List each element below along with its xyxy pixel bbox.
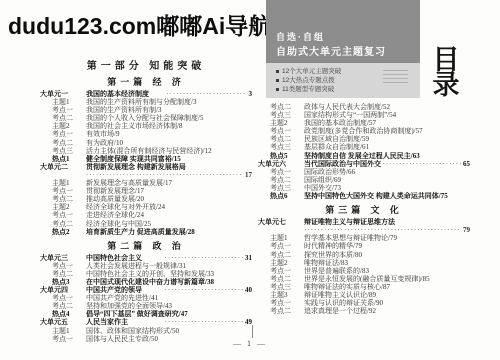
page-ref: 31 (245, 254, 252, 262)
dot-leader (165, 318, 244, 326)
toc-unit-row: 大单元一我国的基本经济制度3 (40, 90, 252, 98)
toc-entry-row: 主题3辩证唯物主义认识论/89 (258, 291, 470, 299)
entry-text: 在中国式现代化建设中奋力谱写新篇章/38 (86, 278, 252, 286)
toc-entry-row: 考点二世界是永恒发展的(融合质量互变规律)/85 (258, 275, 470, 283)
entry-label: 主题1 (40, 179, 86, 187)
toc-unit-row: 大单元六当代国际政治与中国外交65 (258, 160, 470, 168)
promo-bullet-text: 11类题型专题突破 (282, 85, 334, 94)
entry-label: 主题1 (40, 98, 86, 106)
entry-text: 有效市场/9 (86, 130, 252, 138)
promo-bullet-text: 12个大单元主题突破 (282, 67, 341, 76)
entry-label: 考点一 (258, 299, 304, 307)
toc-title: 目 录 (424, 48, 468, 98)
square-bullet-icon (276, 88, 279, 91)
toc-entry-row: 考点三基层群众自治制度/61 (258, 143, 470, 151)
unit-label: 大单元五 (40, 318, 86, 326)
entry-label: 考点二 (40, 139, 86, 147)
entry-text: 中国外交/73 (304, 184, 470, 192)
toc-entry-row: 考点二有为政府/10 (40, 139, 252, 147)
toc-entry-row: 考点二探究世界的本质/80 (258, 251, 470, 259)
toc-entry-row: 热点1健全制度保障 实现共同富裕/15 (40, 155, 252, 163)
dot-leader (86, 171, 243, 179)
section-heading: 第三篇 文 化 (258, 203, 470, 216)
unit-title: 中国共产党的领导 (86, 286, 165, 294)
unit-label: 大单元二 (40, 163, 86, 171)
toc-entry-row: 考点一实践与认识的辩证关系/90 (258, 299, 470, 307)
site-watermark: dudu123.com嘟嘟Ai导航 (8, 8, 271, 41)
entry-text: 新发展理念与高质量发展/17 (86, 179, 252, 187)
toc-unit-row: 大单元三中国特色社会主义31 (40, 254, 252, 262)
toc-unit-row: 大单元五人民当家作主49 (40, 318, 252, 326)
square-bullet-icon (276, 79, 279, 82)
toc-entry-row: 考点三国家结构形式与“一国两制”/54 (258, 111, 470, 119)
promo-bullet: 11类题型专题突破 (276, 85, 420, 94)
entry-text: 追求真理是一个过程/92 (304, 307, 470, 315)
page-ref: 40 (245, 286, 252, 294)
entry-text: 政体与人民代表大会制度/52 (304, 103, 470, 111)
entry-label: 主题1 (40, 327, 86, 335)
entry-text: 健全制度保障 实现共同富裕/15 (86, 155, 252, 163)
small-stamp-decoration (383, 70, 408, 83)
promo-bullet-text: 12大热点专题点拨 (282, 76, 335, 85)
square-bullet-icon (276, 70, 279, 73)
entry-text: 活力主体(混合所有制经济与民营经济)/12 (86, 147, 252, 155)
entry-label: 考点一 (258, 168, 304, 176)
entry-text: 经济全球化与中国/25 (86, 220, 252, 228)
toc-entry-row: 考点一世界是普遍联系的/83 (258, 267, 470, 275)
toc-entry-row: 考点一走进经济全球化/24 (40, 211, 252, 219)
entry-text: 实践与认识的辩证关系/90 (304, 299, 470, 307)
entry-label: 主题2 (258, 259, 304, 267)
column-divider (252, 325, 253, 338)
entry-label: 热点2 (40, 228, 86, 236)
toc-entry-row: 考点一贯彻新发展理念/17 (40, 187, 252, 195)
entry-label: 考点一 (40, 211, 86, 219)
unit-title: 我国的基本经济制度 (86, 90, 166, 98)
entry-label: 考点一 (258, 242, 304, 250)
entry-text: 我国的生产资料所有制与分配制度/3 (86, 98, 252, 106)
toc-entry-row: 热点3在中国式现代化建设中奋力谱写新篇章/38 (40, 278, 252, 286)
entry-text: 坚持制度自信 发展全过程人民民主/63 (304, 152, 470, 160)
entry-label: 考点二 (258, 176, 304, 184)
entry-text: 培育新质生产力 促进高质量发展/28 (86, 228, 252, 236)
toc-unit-row: 大单元二贯彻新发展理念 构建新发展格局 (40, 163, 252, 171)
toc-unit-row: 大单元四中国共产党的领导40 (40, 286, 252, 294)
unit-label: 大单元三 (40, 254, 86, 262)
toc-entry-row: 考点三中国外交/73 (258, 184, 470, 192)
entry-text: 时代精神的精华/79 (304, 242, 470, 250)
toc-entry-row: 主题1我国的生产资料所有制与分配制度/3 (40, 98, 252, 106)
entry-label: 考点二 (258, 307, 304, 315)
toc-column-right: 考点二政体与人民代表大会制度/52考点三国家结构形式与“一国两制”/54主题2我… (258, 103, 470, 315)
toc-entry-row: 考点二国际组织/69 (258, 176, 470, 184)
page-ref: 3 (249, 90, 253, 98)
unit-label: 大单元四 (40, 286, 86, 294)
toc-entry-row: 热点5坚持制度自信 发展全过程人民民主/63 (258, 152, 470, 160)
entry-label: 热点6 (258, 192, 304, 200)
promo-title-line2: 自助式大单元主题复习 (276, 43, 420, 58)
toc-entry-row: 考点一有效市场/9 (40, 130, 252, 138)
toc-entry-row: 热点2培育新质生产力 促进高质量发展/28 (40, 228, 252, 236)
entry-label: 考点二 (258, 103, 304, 111)
dot-leader (166, 90, 246, 98)
toc-entry-row: 考点二追求真理是一个过程/92 (258, 307, 470, 315)
page-ref: 65 (463, 160, 470, 168)
unit-label: 大单元七 (258, 218, 304, 226)
page-ref: 49 (245, 318, 252, 326)
entry-label: 主题3 (258, 291, 304, 299)
entry-label: 考点三 (258, 111, 304, 119)
entry-text: 国体、政体和国家结构形式/50 (86, 327, 252, 335)
entry-text: 唯物辩证法/83 (304, 259, 470, 267)
toc-entry-row: 热点4倡导“四下基层” 做好调查研究/47 (40, 310, 252, 318)
entry-label: 考点三 (258, 283, 304, 291)
toc-entry-row: 主题2唯物辩证法/83 (258, 259, 470, 267)
dot-leader (165, 254, 244, 262)
toc-entry-row: 考点一国际政治形势/66 (258, 168, 470, 176)
entry-label: 考点一 (40, 187, 86, 195)
toc-entry-row: 主题1新发展理念与高质量发展/17 (40, 179, 252, 187)
entry-text: 国家结构形式与“一国两制”/54 (304, 111, 470, 119)
dot-leader (383, 160, 462, 168)
toc-unit-leader-row: 17 (40, 171, 252, 179)
page-number: — 1 — (0, 339, 500, 348)
entry-text: 唯物辩证法的实质与核心/87 (304, 283, 470, 291)
entry-label: 热点5 (258, 152, 304, 160)
toc-entry-row: 考点二经济全球化与中国/25 (40, 220, 252, 228)
entry-label: 考点一 (40, 262, 86, 270)
unit-title: 人民当家作主 (86, 318, 165, 326)
entry-label: 考点三 (258, 143, 304, 151)
entry-label: 热点1 (40, 155, 86, 163)
entry-text: 世界是普遍联系的/83 (304, 267, 470, 275)
toc-entry-row: 考点二中国特色社会主义的开创、坚持和发展/33 (40, 270, 252, 278)
entry-text: 国际组织/69 (304, 176, 470, 184)
toc-entry-row: 考点三活力主体(混合所有制经济与民营经济)/12 (40, 147, 252, 155)
unit-title: 贯彻新发展理念 构建新发展格局 (86, 163, 252, 171)
page-ref: 17 (245, 171, 252, 179)
section-heading: 第二篇 政 治 (40, 239, 252, 252)
toc-unit-row: 大单元七辩证唯物主义与辩证思维方法 (258, 218, 470, 226)
entry-text: 人类社会发展进程与一般规律/31 (86, 262, 252, 270)
toc-entry-row: 考点三唯物辩证法的实质与核心/87 (258, 283, 470, 291)
entry-text: 中国特色社会主义的开创、坚持和发展/33 (86, 270, 252, 278)
entry-label: 热点3 (40, 278, 86, 286)
entry-text: 探究世界的本质/80 (304, 251, 470, 259)
entry-text: 有为政府/10 (86, 139, 252, 147)
unit-label: 大单元六 (258, 160, 304, 168)
toc-column-left: 第一部分 知能突破第一篇 经 济大单元一我国的基本经济制度3主题1我国的生产资料… (40, 56, 252, 343)
part-heading: 第一部分 知能突破 (40, 57, 252, 72)
toc-title-char: 录 (424, 73, 468, 98)
page-ref: 79 (463, 226, 470, 234)
entry-label: 考点一 (258, 267, 304, 275)
entry-text: 辩证唯物主义认识论/89 (304, 291, 470, 299)
toc-entry-row: 考点一时代精神的精华/79 (258, 242, 470, 250)
unit-title: 中国特色社会主义 (86, 254, 165, 262)
entry-label: 考点一 (40, 130, 86, 138)
unit-title: 当代国际政治与中国外交 (304, 160, 383, 168)
entry-text: 贯彻新发展理念/17 (86, 187, 252, 195)
entry-text: 基层群众自治制度/61 (304, 143, 470, 151)
entry-text: 走进经济全球化/24 (86, 211, 252, 219)
toc-entry-row: 考点二政体与人民代表大会制度/52 (258, 103, 470, 111)
entry-label: 考点二 (258, 251, 304, 259)
entry-label: 考点二 (258, 275, 304, 283)
promo-box-header: 自选·自组 自助式大单元主题复习 (266, 0, 420, 63)
entry-label: 考点二 (40, 220, 86, 228)
entry-text: 坚持中国特色大国外交 构建人类命运共同体/75 (304, 192, 470, 200)
entry-label: 考点二 (40, 270, 86, 278)
unit-title: 辩证唯物主义与辩证思维方法 (304, 218, 470, 226)
entry-text: 国际政治形势/66 (304, 168, 470, 176)
toc-entry-row: 考点一人类社会发展进程与一般规律/31 (40, 262, 252, 270)
entry-label: 考点三 (258, 184, 304, 192)
section-heading: 第一篇 经 济 (40, 75, 252, 88)
dot-leader (165, 286, 244, 294)
promo-title-line1: 自选·自组 (276, 30, 420, 43)
toc-entry-row: 主题1国体、政体和国家结构形式/50 (40, 327, 252, 335)
unit-label: 大单元一 (40, 90, 86, 98)
toc-entry-row: 热点6坚持中国特色大国外交 构建人类命运共同体/75 (258, 192, 470, 200)
entry-label: 考点三 (40, 147, 86, 155)
entry-text: 世界是永恒发展的(融合质量互变规律)/85 (304, 275, 470, 283)
